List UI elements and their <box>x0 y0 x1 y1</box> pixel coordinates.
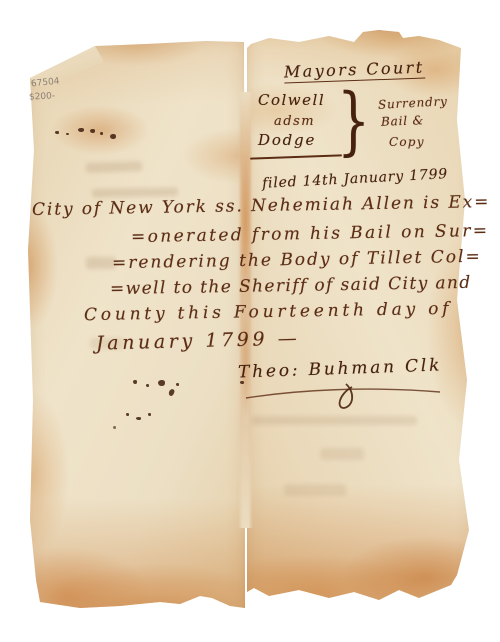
ink-blot <box>148 413 151 416</box>
docket-note-line1: Surrendry <box>378 95 448 111</box>
ink-blot <box>55 131 59 134</box>
docket-versus-abbrev: adsm <box>274 115 315 128</box>
ink-blot <box>146 384 149 387</box>
paper-left-leaf <box>26 36 246 614</box>
manuscript-photo: 67504 $200- Mayors Court Colwell adsm Do… <box>0 0 500 642</box>
show-through-ghost <box>92 187 178 197</box>
docket-plaintiff: Dodge <box>258 133 316 148</box>
show-through-ghost <box>284 484 346 496</box>
ink-blot <box>66 133 69 135</box>
docket-bracket: } <box>337 84 370 158</box>
docket-note-line3: Copy <box>389 136 425 148</box>
ink-blot <box>90 129 95 133</box>
ink-blot <box>136 417 141 420</box>
ink-blot <box>100 132 103 135</box>
ink-blot <box>158 380 165 386</box>
ink-blot <box>126 413 129 416</box>
ink-blot <box>133 380 137 384</box>
show-through-ghost <box>252 416 417 425</box>
ink-blot <box>78 128 84 132</box>
show-through-ghost <box>86 161 142 173</box>
show-through-ghost <box>320 448 364 460</box>
docket-defendant: Colwell <box>258 93 325 108</box>
docket-note-line2: Bail & <box>381 114 424 127</box>
ink-blot <box>176 383 179 386</box>
signature-flourish <box>242 382 447 412</box>
pencil-price-note: $200- <box>29 92 56 102</box>
ink-blot <box>110 134 116 139</box>
ink-blot <box>113 426 116 429</box>
body-line-6: January 1799 — <box>96 329 301 353</box>
